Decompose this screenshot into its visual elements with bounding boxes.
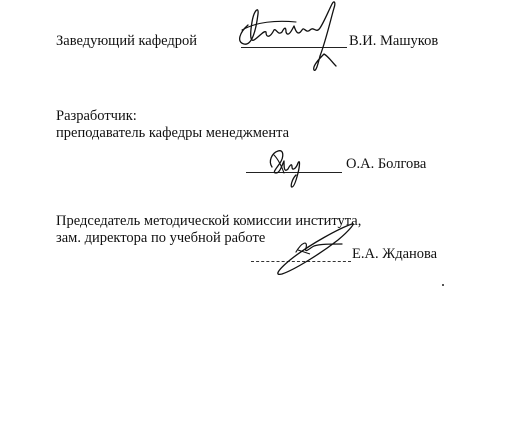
mashukov-name: В.И. Машуков [349,33,438,50]
developer-position: преподаватель кафедры менеджмента [56,125,289,142]
head-of-department-label: Заведующий кафедрой [56,33,197,50]
deputy-director-position: зам. директора по учебной работе [56,230,265,247]
developer-heading: Разработчик: [56,108,137,125]
signature-mashukov-icon [236,0,356,75]
zhdanova-name: Е.А. Жданова [352,246,437,263]
scan-speck [442,284,444,286]
signature-bolgova-icon [262,145,312,190]
bolgova-name: О.А. Болгова [346,156,426,173]
signature-zhdanova-icon [270,220,360,280]
